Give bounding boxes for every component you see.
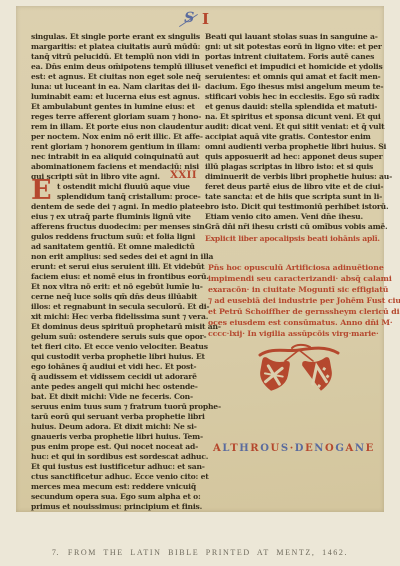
plate-photo: { "colors":{"red":"#b5482e","blue":"#5a6… — [0, 0, 400, 566]
signature-mark-i: I — [202, 10, 209, 28]
text-line: primus et nouissimus: principium et fini… — [31, 502, 199, 512]
text-line: huc: et qui in sordibus est sordescat ad… — [31, 452, 199, 462]
text-line: faciem eius: et nomē eius in frontibus e… — [31, 272, 199, 282]
text-line: gulos reddens fructum suū: et folia lign… — [31, 232, 199, 242]
text-line: huius. Deum adora. Et dixit michi: Ne si… — [31, 422, 199, 432]
text-line: xit michi: Hec verba fidelissima sunt ⁊ … — [31, 312, 199, 322]
text-line: illū plagas scriptas in libro isto: et s… — [205, 162, 375, 172]
text-line: reges terre afferent gloriam suam ⁊ hono… — [31, 112, 199, 122]
text-line: margaritis: et platea ciuitatis aurū mūd… — [31, 42, 199, 52]
fust-schoeffer-shields-device-icon — [254, 342, 344, 398]
explicit-line: Explicit liber apocalipsis beati iohānis… — [205, 234, 375, 244]
text-line: q̄ audissem et vidissem cecidi ut adorar… — [31, 372, 199, 382]
text-line: illos: et regnabunt in secula seculorū. … — [31, 302, 199, 312]
text-line: cccc·lxij· In vigilia assūpcōis virg·mar… — [208, 328, 378, 339]
text-line: qui custodit verba prophetie libri huius… — [31, 352, 199, 362]
text-line: feret deus partē eius de libro vite et d… — [205, 182, 375, 192]
text-line: tet fieri cito. Et ecce venio velociter.… — [31, 342, 199, 352]
text-line: accipiat aquā vite gratis. Contestor eni… — [205, 132, 375, 142]
left-text-column: singulas. Et single porte erant ex singu… — [31, 32, 199, 512]
right-text-column: Beati qui lauant stolas suas in sanguine… — [205, 32, 375, 244]
signature-mark-s: S — [182, 10, 196, 26]
text-line: ante pedes angeli qui michi hec ostende- — [31, 382, 199, 392]
text-line: dacium. Ego ihesus misi angelum meum te- — [205, 82, 375, 92]
text-line: diminuerit de verbis libri prophetie hui… — [205, 172, 375, 182]
text-line: stificari vobis hec in ecclesiis. Ego sū… — [205, 92, 375, 102]
plate-number: 7. — [52, 548, 59, 557]
text-line: tarū eorū qui seruant verba prophetie li… — [31, 412, 199, 422]
text-line: rem in illam. Et porte eius non claudent… — [31, 122, 199, 132]
text-line: gnaueris verba prophetie libri huius. Te… — [31, 432, 199, 442]
text-line: pus enim prope est. Qui nocet noceat ad- — [31, 442, 199, 452]
text-line: audit: dicat veni. Et qui sitit veniat: … — [205, 122, 375, 132]
text-line: ctus sanctificetur adhuc. Ecce venio cit… — [31, 472, 199, 482]
text-line: Et dominus deus spirituū prophetarū misi… — [31, 322, 199, 332]
text-line: oces eiusdem est consūmatus. Anno dn̄i M… — [208, 317, 378, 328]
text-line: splendidum tanq̄ cristallum: proce- — [31, 192, 199, 202]
left-column-lines: singulas. Et single porte erant ex singu… — [31, 32, 199, 512]
rubricator-inscription: ALTHROUS·DENOGANE — [213, 443, 375, 454]
text-line: Grā dn̄i nr̄i ihesu cristi cū omībus vob… — [205, 222, 375, 232]
text-line: est: et agnus. Et ciuitas non eget sole … — [31, 72, 199, 82]
text-line: non erit amplius: sed sedes dei et agni … — [31, 252, 199, 262]
text-line: na. Et spiritus et sponsa dicunt veni. E… — [205, 112, 375, 122]
text-line: impimendi seu caracterizandi· absq̄ cala… — [208, 273, 378, 284]
text-line: merces mea mecum est: reddere vnicuiq̄ — [31, 482, 199, 492]
text-line: Et ambulabunt gentes in lumine eius: et — [31, 102, 199, 112]
text-line: quis apposuerit ad hec: apponet deus sup… — [205, 152, 375, 162]
printers-colophon: Pn̄s hoc opusculū Artificiosa adinuētion… — [208, 262, 378, 339]
text-line: luna: ut luceant in ea. Nam claritas dei… — [31, 82, 199, 92]
text-line: Beati qui lauant stolas suas in sanguine… — [205, 32, 375, 42]
text-line: tate sancta: et de hiis que scripta sunt… — [205, 192, 375, 202]
text-line: omni audienti verba prophetie libri huiu… — [205, 142, 375, 152]
text-line: dentem de sede dei ⁊ agni. In medio plat… — [31, 202, 199, 212]
text-line: et venefici et impudici et homicide et y… — [205, 62, 375, 72]
text-line: ego iohānes q̄ audiui et vidi hec. Et po… — [31, 362, 199, 372]
text-line: ad sanitatem gentiū. Et omne maledictū — [31, 242, 199, 252]
text-line: cerne neq̄ luce solis qm̄ dn̄s deus illū… — [31, 292, 199, 302]
text-line: gni: ut sit potestas eorū in ligno vite:… — [205, 42, 375, 52]
text-line: ⁊ ad eusebiā dei industrie per Johēm Fus… — [208, 295, 378, 306]
text-line: Et qui iustus est iustificetur adhuc: et… — [31, 462, 199, 472]
text-line: rent gloriam ⁊ honorem gentium in illam: — [31, 142, 199, 152]
text-line: secundum opera sua. Ego sum alpha et o: — [31, 492, 199, 502]
text-line: bro isto. Dicit qui testimoniū perhibet … — [205, 202, 375, 212]
text-line: et genus dauid: stella splendida et matu… — [205, 102, 375, 112]
chapter-dropcap-initial: E — [31, 180, 55, 201]
text-line: seruientes: et omnis qui amat et facit m… — [205, 72, 375, 82]
text-line: bat. Et dixit michi: Vide ne feceris. Co… — [31, 392, 199, 402]
text-line: eius ⁊ ex utraq̄ parte fluminis lignū vi… — [31, 212, 199, 222]
plate-caption: 7.FROM THE LATIN BIBLE PRINTED AT MENTZ,… — [0, 548, 400, 557]
text-line: luminabit eam: et lucerna eius est agnus… — [31, 92, 199, 102]
bible-page: S I singulas. Et single porte erant ex s… — [16, 6, 384, 512]
chapter-number: XXII — [170, 171, 197, 181]
text-line: erunt: et serui eius seruient illi. Et v… — [31, 262, 199, 272]
colophon-lines: Pn̄s hoc opusculū Artificiosa adinuētion… — [208, 262, 378, 339]
plate-caption-text: FROM THE LATIN BIBLE PRINTED AT MENTZ, 1… — [68, 548, 348, 557]
text-line: Et nox vltra nō erit: et nō egebūt lumīe… — [31, 282, 199, 292]
text-line: gelum suū: ostendere seruis suis que opo… — [31, 332, 199, 342]
text-line: singulas. Et single porte erant ex singu… — [31, 32, 199, 42]
text-line: afferens fructus duodecim: per menses si… — [31, 222, 199, 232]
text-line: Etiam venio cito amen. Veni dn̄e ihesu. — [205, 212, 375, 222]
text-line: ea. Dn̄s enim deus om̄ipotens templū ill… — [31, 62, 199, 72]
text-line: t ostendit michi fluuiū aque viue — [31, 182, 199, 192]
text-line: Pn̄s hoc opusculū Artificiosa adinuētion… — [208, 262, 378, 273]
right-column-lines: Beati qui lauant stolas suas in sanguine… — [205, 32, 375, 232]
text-line: per noctem. Nox enim nō erit illic. Et a… — [31, 132, 199, 142]
text-line: exaracōn· in ciuitate Moguntī sic effigi… — [208, 284, 378, 295]
text-line: nec intrabit in ea aliquid coinquinatū a… — [31, 152, 199, 162]
text-line: seruus enim tuus sum ⁊ fratrum tuorū pro… — [31, 402, 199, 412]
text-line: portas intrent ciuitatem. Foris autē can… — [205, 52, 375, 62]
text-line: et Petrū Schoiffher de gernssheym cleric… — [208, 306, 378, 317]
text-line: tanq̄ vitrū pelucidū. Et templū non vidi… — [31, 52, 199, 62]
